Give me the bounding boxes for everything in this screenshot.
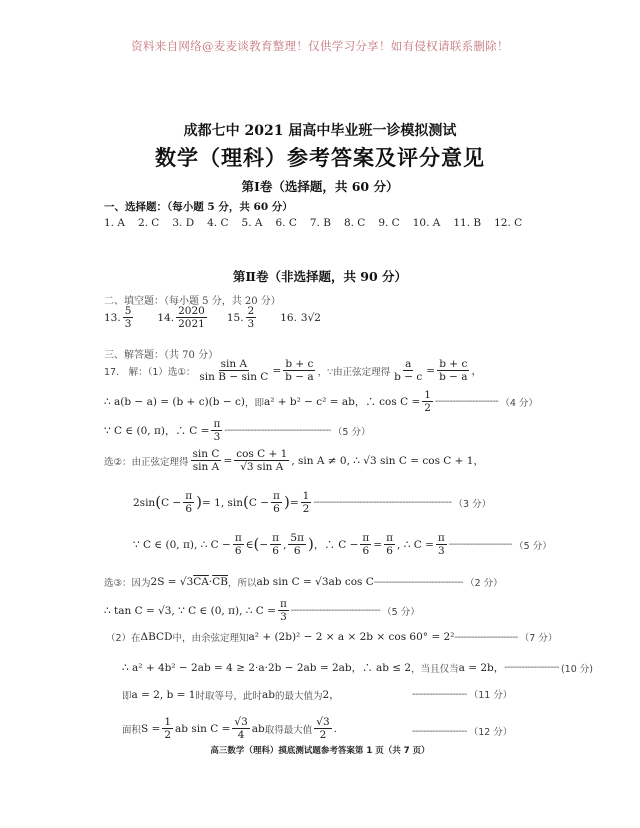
q17-option2-line3: ∵ C ∈ (0, π), ∴ C − π6 ∈ (− π6, 5π6) ，∴ … xyxy=(133,532,552,557)
choice-section-label: 一、选择题：（每小题 5 分，共 60 分） xyxy=(104,199,293,214)
q17-part2-line1: （2）在 ΔBCD 中，由余弦定理知 a² + (2b)² − 2 × a × … xyxy=(106,630,557,644)
q14-label: 14. xyxy=(157,312,174,324)
choice-answers: 1. A 2. C 3. D 4. C 5. A 6. C 7. B 8. C … xyxy=(104,217,535,229)
q14-fraction: 20202021 xyxy=(176,305,207,330)
page-footer: 高三数学（理科）摸底测试题参考答案第 1 页（共 7 页） xyxy=(0,744,640,756)
q16-label: 16. xyxy=(280,312,297,324)
answer-7: 7. B xyxy=(310,217,331,229)
answer-4: 4. C xyxy=(207,217,228,229)
q17-option3-line2: ∴ tan C = √3, ∵ C ∈ (0, π), ∴ C = π3 ---… xyxy=(104,598,420,623)
answer-9: 9. C xyxy=(378,217,399,229)
score-5: （5 分） xyxy=(333,424,371,438)
score-10: (10 分) xyxy=(561,661,593,675)
q17-option2-line1: 选②：由正弦定理得 sin Csin A = cos C + 1√3 sin A… xyxy=(104,448,484,473)
answer-12: 12. C xyxy=(494,217,522,229)
answer-3: 3. D xyxy=(172,217,194,229)
q17-option3-line1: 选③：因为 2S = √3CA·CB ，所以 ab sin C = √3ab c… xyxy=(104,575,503,589)
watermark: 资料来自网络@麦麦谈教育整理！仅供学习分享！如有侵权请联系删除！ xyxy=(0,38,640,54)
score-5c: （5 分） xyxy=(382,604,420,618)
q17-line3: ∵ C ∈ (0, π)，∴ C = π3 ------------------… xyxy=(104,418,370,443)
q17-line1: 17. 解：（1）选①： sin Asin B − sin C = b + cb… xyxy=(104,358,482,383)
q17-part2-line3-score: ------------------- （11 分） xyxy=(412,687,512,701)
q16-value: 3√2 xyxy=(301,312,321,324)
doc-title: 数学（理科）参考答案及评分意见 xyxy=(0,142,640,172)
score-4: （4 分） xyxy=(500,395,538,409)
answer-6: 6. C xyxy=(275,217,296,229)
q15-fraction: 23 xyxy=(246,305,257,330)
q17-part2-line2: ∴ a² + 4b² − 2ab = 4 ≥ 2·a·2b − 2ab = 2a… xyxy=(122,660,593,675)
answer-2: 2. C xyxy=(138,217,159,229)
q17-part2-line4-score: ------------------- （12 分） xyxy=(412,724,512,738)
q17-part2-line4: 面积 S = 12 ab sin C = √34 ab 取得最大值 √32 . xyxy=(122,716,337,741)
q15-label: 15. xyxy=(227,312,244,324)
part2-title: 第Ⅱ卷（非选择题，共 90 分） xyxy=(0,267,640,285)
answer-11: 11. B xyxy=(453,217,481,229)
part1-title: 第Ⅰ卷（选择题，共 60 分） xyxy=(0,177,640,195)
answer-5: 5. A xyxy=(242,217,263,229)
school-title: 成都七中 2021 届高中毕业班一诊模拟测试 xyxy=(0,120,640,140)
q17-option2-line2: 2sin (C − π6) = 1, sin (C − π6) = 12 ---… xyxy=(133,490,491,515)
score-11: （11 分） xyxy=(469,687,513,701)
score-12: （12 分） xyxy=(469,724,513,738)
score-5b: （5 分） xyxy=(514,538,552,552)
score-2: （2 分） xyxy=(465,575,503,589)
answer-10: 10. A xyxy=(413,217,441,229)
fill-answers: 13. 53 14. 20202021 15. 23 16. 3√2 xyxy=(104,305,321,330)
q13-label: 13. xyxy=(104,312,121,324)
score-3: （3 分） xyxy=(454,496,492,510)
score-7: （7 分） xyxy=(520,630,558,644)
q17-line2: ∴ a(b − a) = (b + c)(b − c) ，即 a² + b² −… xyxy=(104,389,538,414)
answer-8: 8. C xyxy=(344,217,365,229)
q13-fraction: 53 xyxy=(123,305,134,330)
q17-part2-line3: 即 a = 2, b = 1 时取等号，此时 ab 的最大值为 2 ， xyxy=(122,687,340,702)
answer-1: 1. A xyxy=(104,217,125,229)
